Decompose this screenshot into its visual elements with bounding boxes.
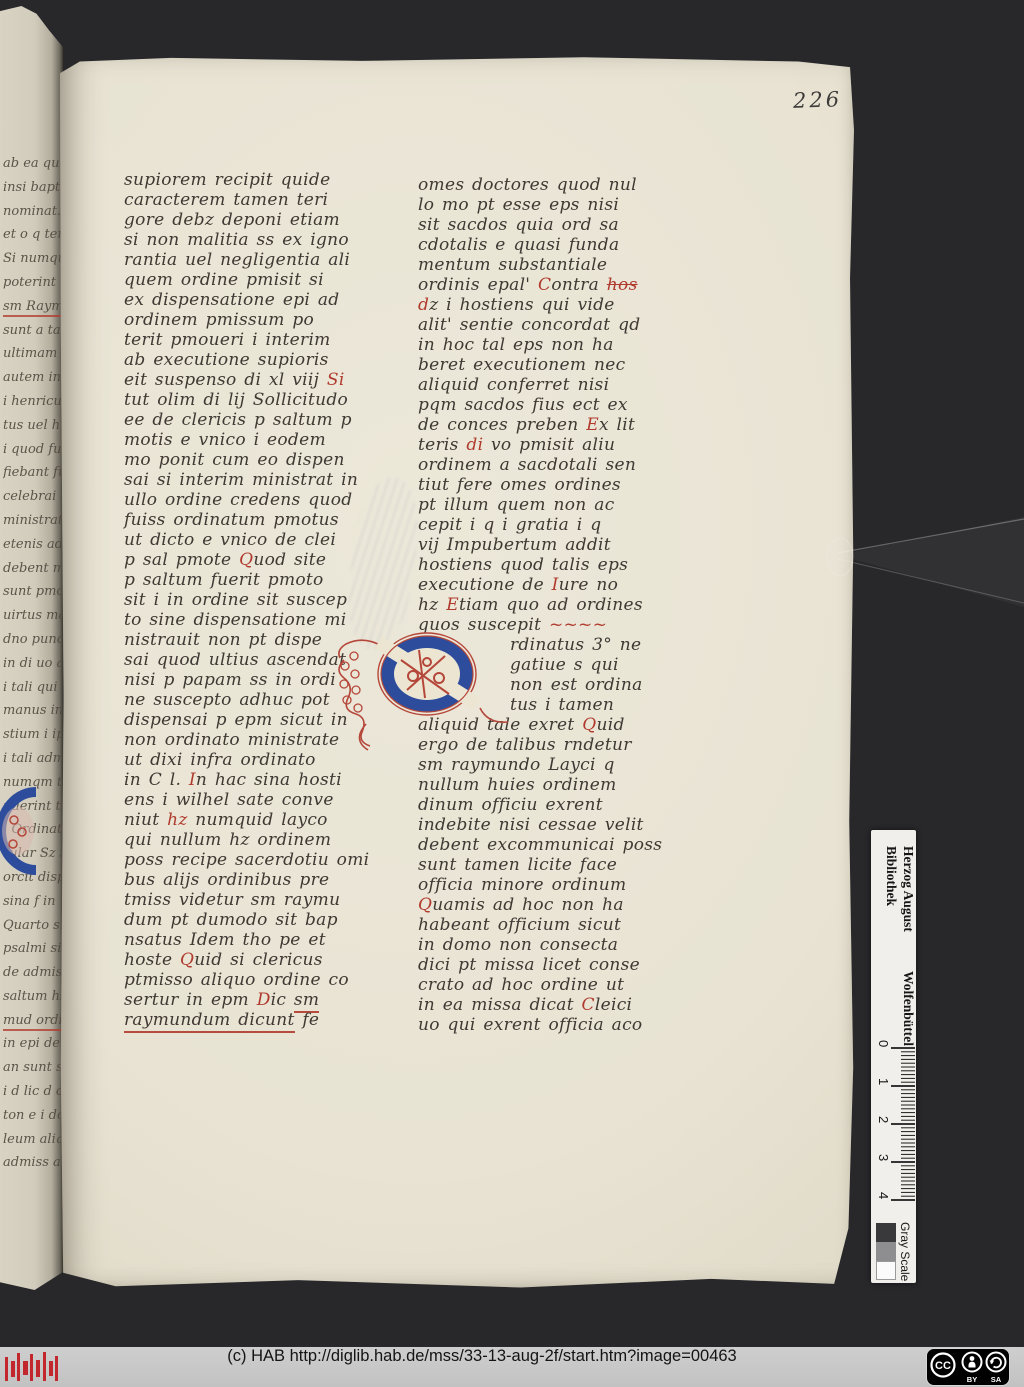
manuscript-line: debent excommunicai poss (418, 835, 670, 855)
previous-page-line-fragment: celebrai dispensa (3, 489, 61, 513)
previous-page-illuminated-initial (0, 784, 52, 878)
manuscript-line: sit sacdos quia ord sa (418, 215, 670, 235)
manuscript-line: indebite nisi cessae velit (418, 815, 670, 835)
manuscript-line: executione de Iure no (418, 575, 670, 595)
previous-page-line-fragment: leum aliquo pm (3, 1132, 61, 1156)
previous-page-line-fragment: manus impositio (3, 703, 61, 727)
manuscript-line: eit suspenso di xl viij Si (124, 370, 368, 390)
manuscript-line: ab executione supioris (124, 350, 368, 370)
previous-page-line-fragment: psalmi si p (3, 941, 61, 965)
manuscript-line: sit i in ordine sit suscep (124, 590, 368, 610)
previous-page-line-fragment: sm Raymund b o (3, 299, 61, 323)
gray-swatch (876, 1261, 896, 1280)
gray-scale-label: Gray Scale (898, 1222, 912, 1308)
manuscript-line: hostiens quod talis eps (418, 555, 670, 575)
manuscript-line: sunt tamen licite face (418, 855, 670, 875)
manuscript-line: p saltum fuerit pmoto (124, 570, 368, 590)
previous-page-line-fragment: dno puncta v c p (3, 632, 61, 656)
manuscript-line: de conces preben Ex lit (418, 415, 670, 435)
manuscript-line: vij Impubertum addit (418, 535, 670, 555)
manuscript-line: bus alijs ordinibus pre (124, 870, 368, 890)
previous-page-line-fragment: etenis ad supius (3, 537, 61, 561)
sa-label: SA (991, 1375, 1002, 1384)
text-column-right: omes doctores quod nullo mo pt esse eps … (418, 175, 670, 1035)
manuscript-line: ordinem a sacdotali sen (418, 455, 670, 475)
manuscript-line: qui nullum hz ordinem (124, 830, 368, 850)
calibration-ruler: Herzog August Bibliothek Wolfenbüttel 01… (871, 830, 916, 1283)
manuscript-line: supiorem recipit quide (124, 170, 368, 190)
ruler-number: 4 (876, 1192, 891, 1199)
manuscript-line: ullo ordine credens quod (124, 490, 368, 510)
previous-page-line-fragment: sina f in regis (3, 894, 61, 918)
previous-page-line-fragment: debent moneri u (3, 561, 61, 585)
illuminated-initial-O (330, 616, 530, 756)
scan-viewer: { "viewer": { "caption": "(c) HAB http:/… (0, 0, 1024, 1387)
previous-page-line-fragment: an sunt sup co (3, 1060, 61, 1084)
manuscript-line: in C l. In hac sina hosti (124, 770, 368, 790)
previous-page-line-fragment: in epi debent p (3, 1036, 61, 1060)
previous-page-line-fragment: admiss asseno e (3, 1155, 61, 1179)
manuscript-line: ens i wilhel sate conve (124, 790, 368, 810)
manuscript-line: gore debz deponi etiam (124, 210, 368, 230)
previous-page-line-fragment: uirtus magna i n (3, 608, 61, 632)
manuscript-line: dici pt missa licet conse (418, 955, 670, 975)
previous-page-line-fragment: nominat. Non thu (3, 204, 61, 228)
manuscript-line: mentum substantiale (418, 255, 670, 275)
manuscript-line: dz i hostiens qui vide (418, 295, 670, 315)
ruler-title: Herzog August Bibliothek Wolfenbüttel (871, 846, 916, 1046)
manuscript-line: ordinem pmissum po (124, 310, 368, 330)
manuscript-line: in ea missa dicat Cleici (418, 995, 670, 1015)
previous-page-line-fragment: i henricus uel cau (3, 394, 61, 418)
manuscript-line: motis e vnico i eodem (124, 430, 368, 450)
caption-bar: (c) HAB http://diglib.hab.de/mss/33-13-a… (0, 1347, 1024, 1387)
previous-page-line-fragment: mud ordine (3, 1013, 61, 1037)
manuscript-line: ordinis epal' Contra hos (418, 275, 670, 295)
ruler-title-line2: Wolfenbüttel (871, 971, 916, 1046)
gray-scale-swatches (876, 1223, 896, 1280)
previous-page-edge: ab ea quemoq siinsi baptisma in unominat… (0, 6, 63, 1290)
previous-page-line-fragment: de admis si (3, 965, 61, 989)
previous-page-line-fragment: saltum hz (3, 989, 61, 1013)
manuscript-line: rantia uel negligentia ali (124, 250, 368, 270)
by-person-icon (963, 1353, 982, 1372)
previous-page-line-fragment: sunt pmoueri ui (3, 584, 61, 608)
cc-icon: CC (935, 1360, 951, 1372)
manuscript-line: crato ad hoc ordine ut (418, 975, 670, 995)
ruler-number: 3 (876, 1154, 891, 1161)
manuscript-line: ptmisso aliquo ordine co (124, 970, 368, 990)
manuscript-line: habeant officium sicut (418, 915, 670, 935)
manuscript-line: lo mo pt esse eps nisi (418, 195, 670, 215)
manuscript-line: pqm sacdos fius ect ex (418, 395, 670, 415)
manuscript-line: sai si interim ministrat in (124, 470, 368, 490)
manuscript-line: in domo non consecta (418, 935, 670, 955)
previous-page-line-fragment: Quarto si p (3, 918, 61, 942)
manuscript-line: ex dispensatione epi ad (124, 290, 368, 310)
manuscript-line: tut olim di lij Sollicitudo (124, 390, 368, 410)
text-column-left: supiorem recipit quidecaracterem tamen t… (124, 170, 368, 1030)
previous-page-text-fragments: ab ea quemoq siinsi baptisma in unominat… (3, 156, 61, 1191)
previous-page-line-fragment: i quod fuit qn cha (3, 442, 61, 466)
manuscript-line: ut dicto e vnico de clei (124, 530, 368, 550)
manuscript-line: poss recipe sacerdotiu omi (124, 850, 368, 870)
previous-page-line-fragment: Si numquid sic chr (3, 251, 61, 275)
sa-arrow-icon (987, 1353, 1006, 1372)
manuscript-line: si non malitia ss ex igno (124, 230, 368, 250)
manuscript-line: pt illum quem non ac (418, 495, 670, 515)
manuscript-line: aliquid conferret nisi (418, 375, 670, 395)
ruler-title-line1: Herzog August Bibliothek (871, 846, 916, 971)
manuscript-line: sertur in epm Dic sm (124, 990, 368, 1010)
manuscript-line: alit' sentie concordat qd (418, 315, 670, 335)
manuscript-line: fuiss ordinatum pmotus (124, 510, 368, 530)
manuscript-line: tiut fere omes ordines (418, 475, 670, 495)
manuscript-page: 226 supiorem recipit quidecaracterem tam… (60, 56, 854, 1290)
previous-page-line-fragment: i tali qui regist si (3, 680, 61, 704)
manuscript-line: hz Etiam quo ad ordines (418, 595, 670, 615)
gray-swatch (876, 1242, 896, 1261)
manuscript-line: cepit i q i gratia i q (418, 515, 670, 535)
manuscript-line: mo ponit cum eo dispen (124, 450, 368, 470)
previous-page-line-fragment: autem in casu i s (3, 370, 61, 394)
previous-page-line-fragment: i tali admits rep (3, 751, 61, 775)
previous-page-line-fragment: ultimam manus u (3, 346, 61, 370)
manuscript-line: p sal pmote Quod site (124, 550, 368, 570)
cc-license-badge: CC BY SA (926, 1348, 1010, 1386)
manuscript-line: dinum officiu exrent (418, 795, 670, 815)
ruler-number: 1 (876, 1078, 891, 1085)
previous-page-line-fragment: ton e i do tamen (3, 1108, 61, 1132)
previous-page-line-fragment: sunt a tali qui sp (3, 323, 61, 347)
manuscript-line: in hoc tal eps non ha (418, 335, 670, 355)
manuscript-line: dum pt dumodo sit bap (124, 910, 368, 930)
manuscript-line: terit pmoueri i interim (124, 330, 368, 350)
previous-page-line-fragment: tus uel huius dep (3, 418, 61, 442)
ruler-number: 0 (876, 1040, 891, 1047)
manuscript-line: quem ordine pmisit si (124, 270, 368, 290)
manuscript-line: Quamis ad hoc non ha (418, 895, 670, 915)
previous-page-line-fragment: stium i ipi sacr (3, 727, 61, 751)
manuscript-line: ee de clericis p saltum p (124, 410, 368, 430)
manuscript-line: beret executionem nec (418, 355, 670, 375)
manuscript-line: cdotalis e quasi funda (418, 235, 670, 255)
ruler-number: 2 (876, 1116, 891, 1123)
previous-page-line-fragment: et o q terre i pi (3, 227, 61, 251)
previous-page-line-fragment: ab ea quemoq si (3, 156, 61, 180)
previous-page-line-fragment: in di uo admi i (3, 656, 61, 680)
manuscript-line: caracterem tamen teri (124, 190, 368, 210)
cc-by-sa-icons: CC BY SA (927, 1349, 1009, 1385)
manuscript-line: officia minore ordinum (418, 875, 670, 895)
previous-page-line-fragment: poterint ministrat (3, 275, 61, 299)
manuscript-line: hoste Quid si clericus (124, 950, 368, 970)
previous-page-line-fragment: fiebant fuit mod (3, 465, 61, 489)
manuscript-line: niut hz numquid layco (124, 810, 368, 830)
previous-page-line-fragment: insi baptisma in u (3, 180, 61, 204)
by-label: BY (967, 1375, 977, 1384)
manuscript-line: sm raymundo Layci q (418, 755, 670, 775)
folio-number: 226 (793, 87, 843, 113)
manuscript-line: omes doctores quod nul (418, 175, 670, 195)
manuscript-line: teris di vo pmisit aliu (418, 435, 670, 455)
manuscript-line: raymundum dicunt fe (124, 1010, 368, 1030)
gray-swatch (876, 1223, 896, 1242)
manuscript-line: nullum huies ordinem (418, 775, 670, 795)
manuscript-line: nsatus Idem tho pe et (124, 930, 368, 950)
manuscript-line: uo qui exrent officia aco (418, 1015, 670, 1035)
manuscript-line: tmiss videtur sm raymu (124, 890, 368, 910)
previous-page-line-fragment: i d lic d os si (3, 1084, 61, 1108)
previous-page-line-fragment: ministrat in ordi (3, 513, 61, 537)
copyright-caption: (c) HAB http://diglib.hab.de/mss/33-13-a… (0, 1347, 964, 1387)
